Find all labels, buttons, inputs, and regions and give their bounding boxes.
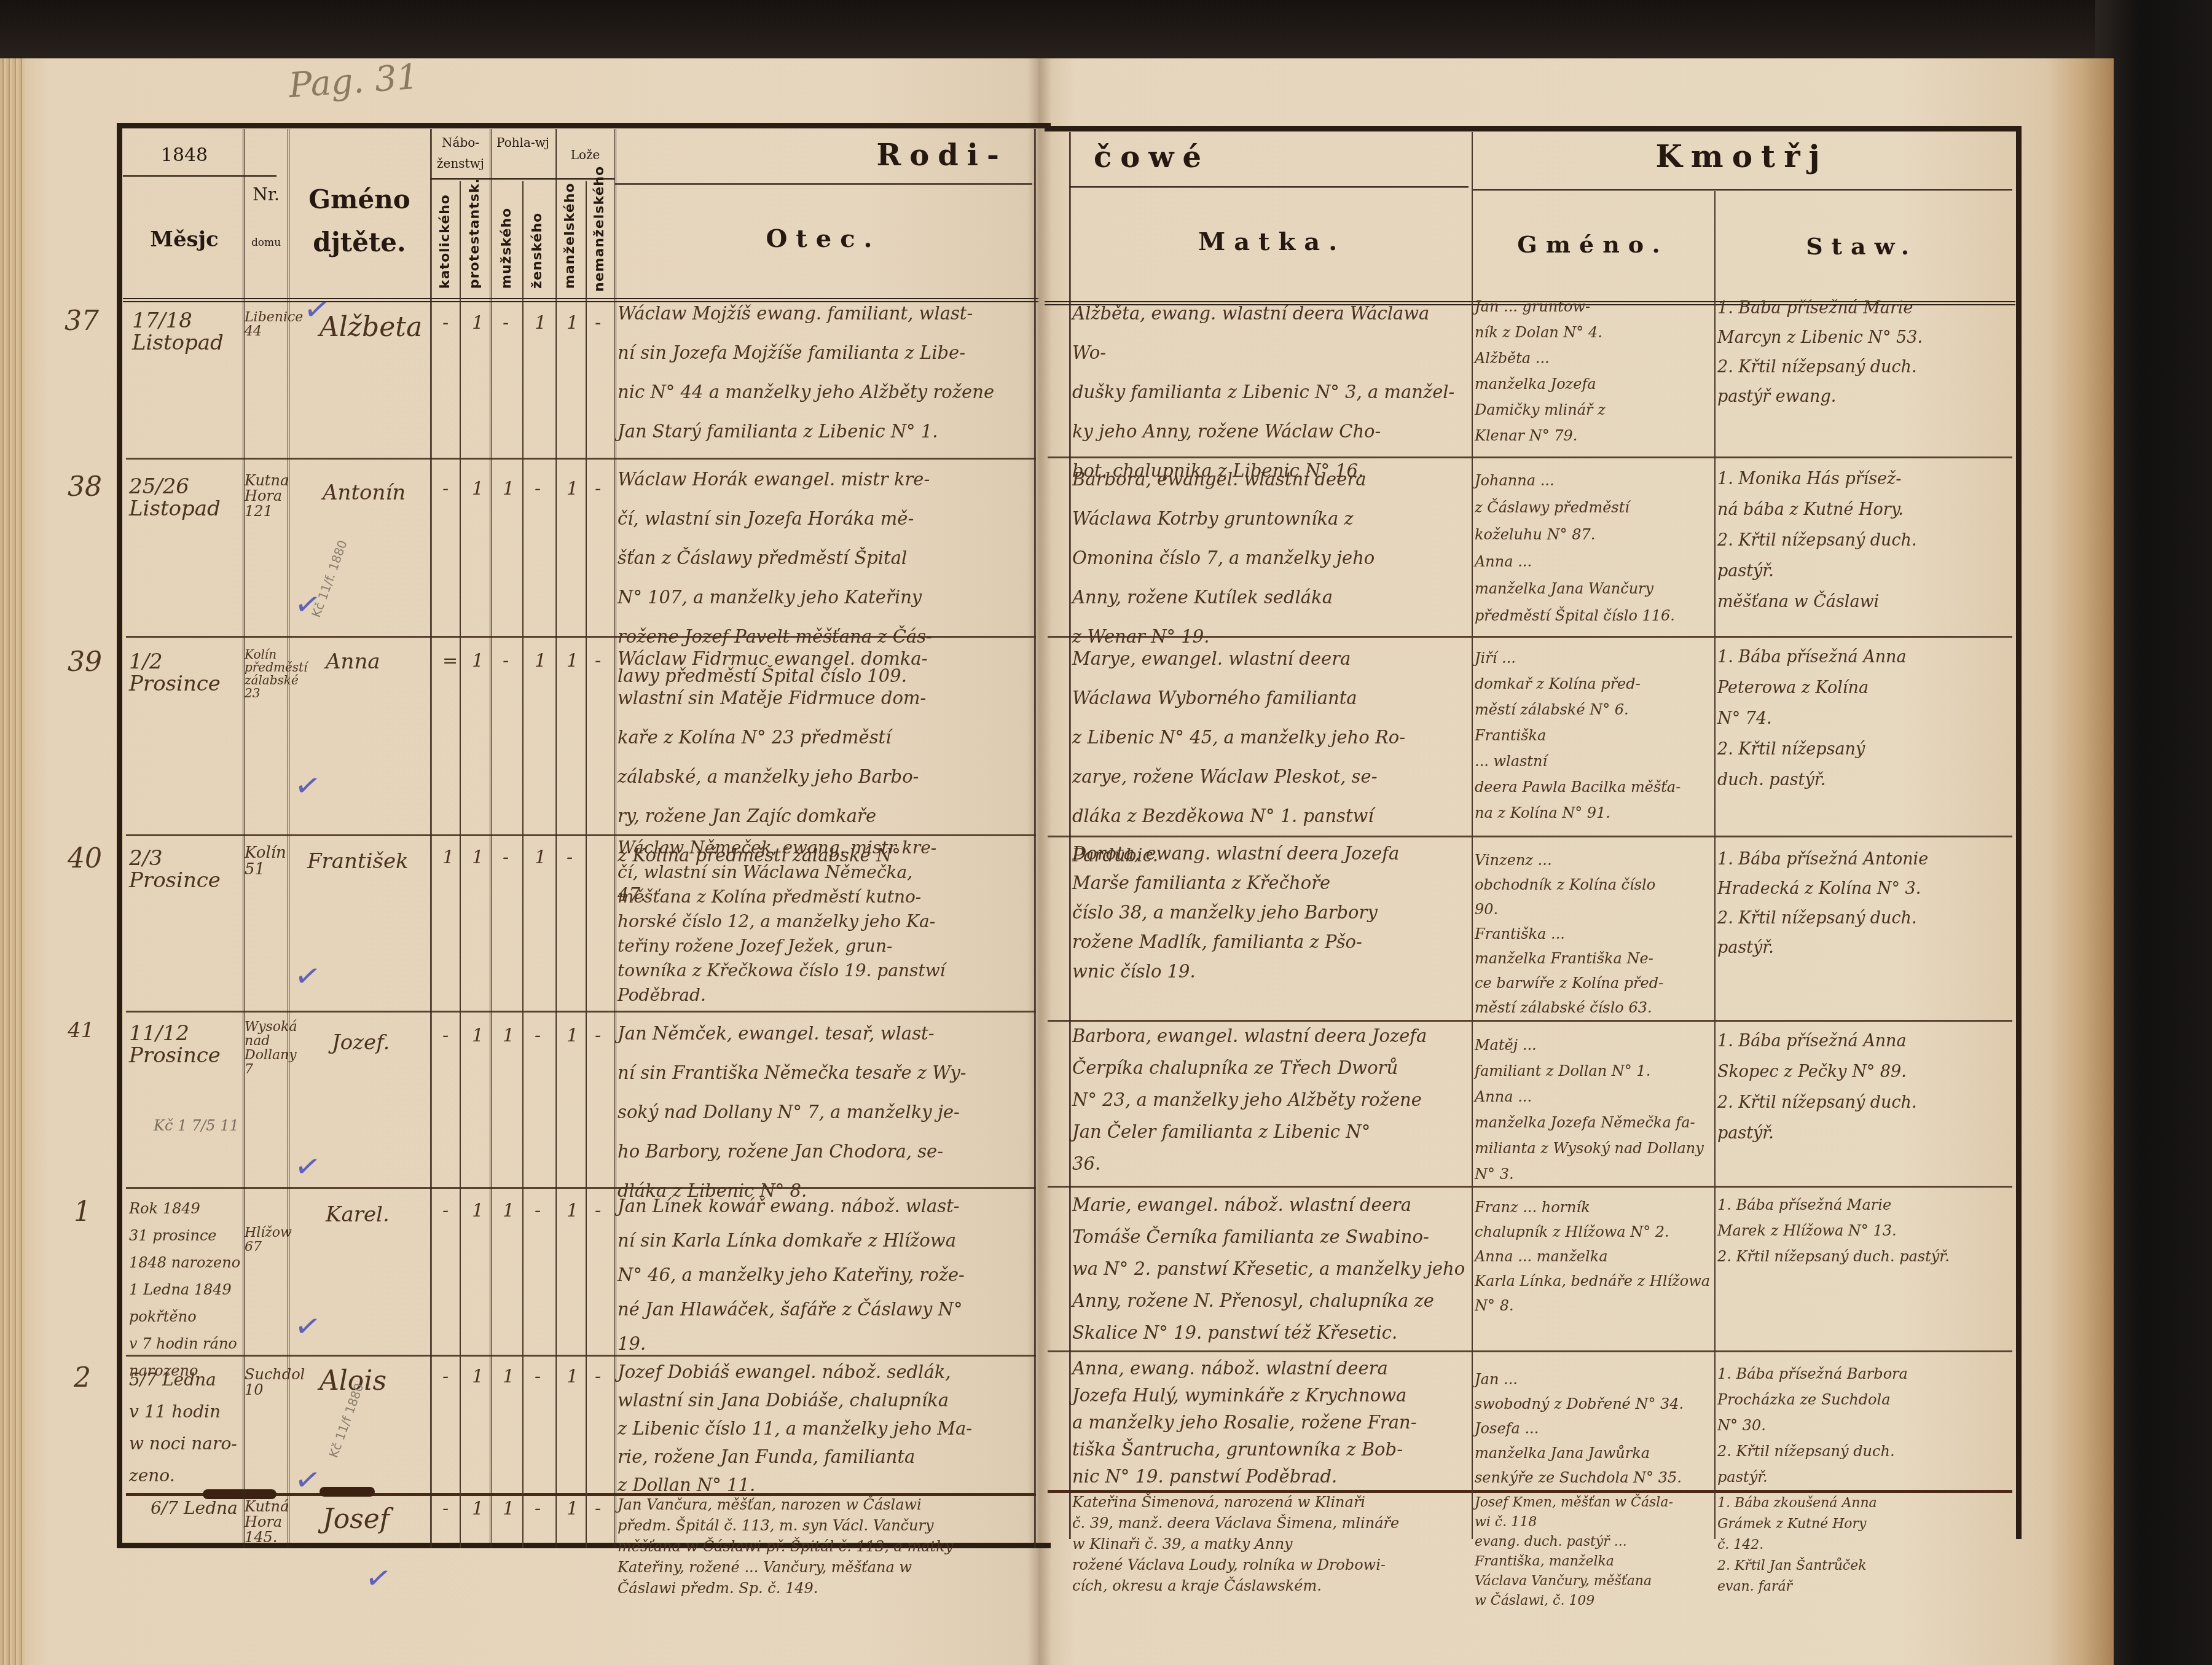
entry-number: 2	[74, 1364, 91, 1392]
column-header-female: ženského	[530, 197, 545, 289]
column-header-male: mužského	[499, 197, 514, 289]
book-cover-top	[0, 0, 2212, 68]
birth-date: 11/12 Prosince	[129, 1023, 243, 1067]
mark-female: -	[535, 1026, 541, 1046]
column-header-domu: domu	[245, 237, 288, 249]
column-header-child-name: Gméno	[289, 184, 430, 214]
column-header-legitimate: manželského	[562, 197, 578, 289]
header-godparents: Kmotřj	[1472, 138, 2012, 174]
column-divider	[1472, 132, 1473, 1539]
row-separator	[126, 1011, 1035, 1013]
column-header-godparent-status: Staw.	[1714, 232, 2009, 260]
column-divider	[522, 181, 524, 1548]
godparent-names: Johanna ... z Čáslawy předměstí koželuhu…	[1475, 467, 1714, 629]
mark-catholic: -	[442, 1367, 449, 1387]
child-name: Antonín	[323, 482, 406, 504]
godparent-names: Matěj ... familiant z Dollan N° 1. Anna …	[1475, 1032, 1714, 1187]
father-entry: Wáclaw Němeček, ewang. mistr kre- čí, wl…	[618, 836, 1029, 1008]
birth-date: 2/3 Prosince	[129, 848, 243, 891]
mark-legitimate: 1	[567, 651, 578, 671]
godparent-status: 1. Bába přísežná Anna Peterowa z Kolína …	[1717, 642, 2006, 796]
godparent-status: 1. Bába přísežná Anna Skopec z Pečky N° …	[1717, 1026, 2006, 1149]
mark-illegitimate: -	[595, 1367, 601, 1387]
godparent-status: 1. Baba přísežná Marie Marcyn z Libenic …	[1717, 294, 2006, 412]
column-header-bed: Lože	[556, 147, 614, 162]
mark-catholic: -	[442, 479, 449, 499]
mark-catholic: -	[442, 1026, 449, 1046]
header-divider	[1069, 186, 1469, 188]
column-header-mother: Matka.	[1072, 227, 1472, 256]
ink-blot	[320, 1487, 375, 1497]
column-divider	[586, 181, 587, 1548]
column-divider	[460, 181, 461, 1548]
birth-date: 1/2 Prosince	[129, 651, 243, 695]
year-label: 1848	[126, 144, 243, 166]
column-header-nr: Nr.	[245, 184, 288, 205]
godparent-status: 1. Bába přísežná Marie Marek z Hlížowa N…	[1717, 1192, 2006, 1269]
column-divider	[1069, 132, 1071, 1539]
column-header-child-name-2: djtěte.	[289, 227, 430, 257]
entry-number: 1	[74, 1198, 91, 1226]
mark-catholic: =	[442, 651, 458, 671]
entry-number: 40	[68, 845, 102, 873]
mark-catholic: 1	[442, 848, 454, 868]
father-entry: Jan Němček, ewangel. tesař, wlast- ní si…	[618, 1014, 1029, 1210]
mother-entry: Barbora, ewangel. wlastní deera Wáclawa …	[1072, 460, 1469, 656]
mark-protestant: 1	[472, 651, 484, 671]
column-divider	[430, 129, 432, 1548]
mark-female: 1	[535, 313, 546, 333]
mark-protestant: 1	[472, 479, 484, 499]
child-name: Josef	[323, 1505, 390, 1534]
page-edges	[0, 58, 25, 1665]
child-name: Karel.	[326, 1204, 390, 1226]
birth-date: Rok 1849 31 prosince 1848 narozeno 1 Led…	[129, 1195, 243, 1384]
house-number: Libenice 44	[245, 310, 289, 339]
mark-illegitimate: -	[595, 1201, 601, 1221]
row-separator	[1048, 1350, 2012, 1352]
house-number: Kolín předměstí zálabské 23	[245, 648, 289, 700]
entry-number: 37	[65, 307, 99, 335]
mark-legitimate: 1	[567, 313, 578, 333]
house-number: Hlížow 67	[245, 1226, 289, 1254]
mark-female: 1	[535, 848, 546, 868]
mark-illegitimate: -	[595, 1026, 601, 1046]
header-parents-right: čowé	[1094, 140, 1339, 174]
mark-illegitimate: -	[595, 479, 601, 499]
mark-catholic: -	[442, 1499, 449, 1519]
mother-entry: Dorota, ewang. wlastní deera Jozefa Marš…	[1072, 839, 1469, 986]
pencil-annotation: Kč 1 7/5 11	[154, 1118, 239, 1134]
birth-date: 5/7 Ledna v 11 hodin w noci naro- zeno.	[129, 1364, 243, 1492]
godparent-status: 1. Bába zkoušená Anna Grámek z Kutné Hor…	[1717, 1493, 2006, 1597]
mark-male: 1	[503, 479, 514, 499]
column-header-month: Měsjc	[126, 227, 243, 252]
mark-male: 1	[503, 1367, 514, 1387]
mark-legitimate: 1	[567, 1499, 578, 1519]
father-entry: Jozef Dobiáš ewangel. nábož. sedlák, wla…	[618, 1358, 1029, 1499]
house-number: Suchdol 10	[245, 1367, 289, 1398]
mark-illegitimate: -	[595, 1499, 601, 1519]
mark-legitimate: 1	[567, 1026, 578, 1046]
mark-legitimate: -	[567, 848, 573, 868]
godparent-names: Franz ... horník chalupník z Hlížowa N° …	[1475, 1195, 1714, 1318]
child-name: Anna	[326, 651, 380, 673]
house-number: Kutna Hora 121	[245, 473, 289, 520]
column-header-protestant: protestantsk.	[467, 197, 482, 289]
column-divider	[490, 129, 492, 1548]
birth-date: 25/26 Listopad	[129, 476, 243, 520]
godparent-names: Jan ... gruntow- ník z Dolan N° 4. Alžbě…	[1475, 294, 1714, 449]
house-number: Kolín 51	[245, 845, 289, 879]
mark-protestant: 1	[472, 1201, 484, 1221]
mark-male: 1	[503, 1026, 514, 1046]
header-divider	[1472, 189, 2012, 191]
column-header-religion: Nábo-ženstwj	[431, 132, 490, 174]
column-header-illegitimate: nemanželského	[592, 190, 607, 292]
mark-protestant: 1	[472, 1499, 484, 1519]
mark-male: -	[503, 848, 509, 868]
column-divider	[288, 129, 289, 1548]
mark-legitimate: 1	[567, 479, 578, 499]
column-header-godparent-name: Gméno.	[1472, 230, 1714, 258]
mark-female: -	[535, 1201, 541, 1221]
mark-male: -	[503, 313, 509, 333]
mark-male: -	[503, 651, 509, 671]
column-divider	[1034, 129, 1036, 1548]
mother-entry: Anna, ewang. nábož. wlastní deera Jozefa…	[1072, 1355, 1469, 1490]
godparent-names: Josef Kmen, měšťan w Čásla- wi č. 118 ev…	[1475, 1493, 1714, 1611]
father-entry: Jan Vančura, měšťan, narozen w Čáslawi p…	[618, 1494, 1029, 1599]
godparent-names: Vinzenz ... obchodník z Kolína číslo 90.…	[1475, 848, 1714, 1020]
column-header-sex: Pohla-wj	[491, 132, 555, 153]
column-header-catholic: katolického	[437, 197, 453, 289]
mother-entry: Kateřina Šimenová, narozená w Klinaři č.…	[1072, 1492, 1469, 1596]
mother-entry: Marie, ewangel. nábož. wlastní deera Tom…	[1072, 1189, 1469, 1349]
mark-male: 1	[503, 1201, 514, 1221]
mark-female: -	[535, 1499, 541, 1519]
house-number: Kutná Hora 145.	[245, 1499, 289, 1546]
column-divider	[555, 129, 557, 1548]
child-name: František	[307, 851, 409, 873]
header-parents-left: Rodi-	[762, 138, 1008, 173]
mark-female: 1	[535, 651, 546, 671]
header-divider	[430, 178, 614, 180]
godparent-status: 1. Bába přísežná Antonie Hradecká z Kolí…	[1717, 845, 2006, 963]
entry-number: 39	[68, 648, 102, 676]
child-name: Jozef.	[332, 1032, 390, 1054]
mark-catholic: -	[442, 313, 449, 333]
column-divider	[1714, 190, 1716, 1539]
house-number: Wysoká nad Dollany 7	[245, 1020, 289, 1076]
mark-female: -	[535, 1367, 541, 1387]
mark-female: -	[535, 479, 541, 499]
mark-illegitimate: -	[595, 651, 601, 671]
birth-date: 17/18 Listopad	[132, 310, 243, 354]
godparent-status: 1. Monika Hás přísež- ná bába z Kutné Ho…	[1717, 464, 2006, 617]
father-entry: Jan Línek kowář ewang. nábož. wlast- ní …	[618, 1189, 1029, 1361]
godparent-status: 1. Bába přísežná Barbora Procházka ze Su…	[1717, 1361, 2006, 1490]
mark-protestant: 1	[472, 848, 484, 868]
birth-date: 6/7 Ledna	[151, 1499, 243, 1517]
mark-protestant: 1	[472, 1367, 484, 1387]
mark-catholic: -	[442, 1201, 449, 1221]
child-name: Alžbeta	[320, 313, 422, 342]
mark-male: 1	[503, 1499, 514, 1519]
mark-legitimate: 1	[567, 1201, 578, 1221]
mark-protestant: 1	[472, 1026, 484, 1046]
godparent-names: Jiří ... domkař z Kolína před- městí zál…	[1475, 645, 1714, 826]
entry-number: 38	[68, 473, 102, 501]
mark-protestant: 1	[472, 313, 484, 333]
godparent-names: Jan ... swobodný z Dobřené N° 34. Josefa…	[1475, 1367, 1714, 1490]
header-divider	[123, 175, 276, 177]
entry-number: 41	[68, 1020, 94, 1042]
column-divider	[243, 129, 245, 1548]
father-entry: Wáclaw Mojžíš ewang. familiant, wlast- n…	[618, 294, 1029, 451]
header-divider	[614, 183, 1032, 185]
mark-illegitimate: -	[595, 313, 601, 333]
mother-entry: Barbora, ewangel. wlastní deera Jozefa Č…	[1072, 1020, 1469, 1180]
column-header-father: Otec.	[614, 224, 1032, 253]
column-divider	[614, 129, 616, 1548]
mark-legitimate: 1	[567, 1367, 578, 1387]
